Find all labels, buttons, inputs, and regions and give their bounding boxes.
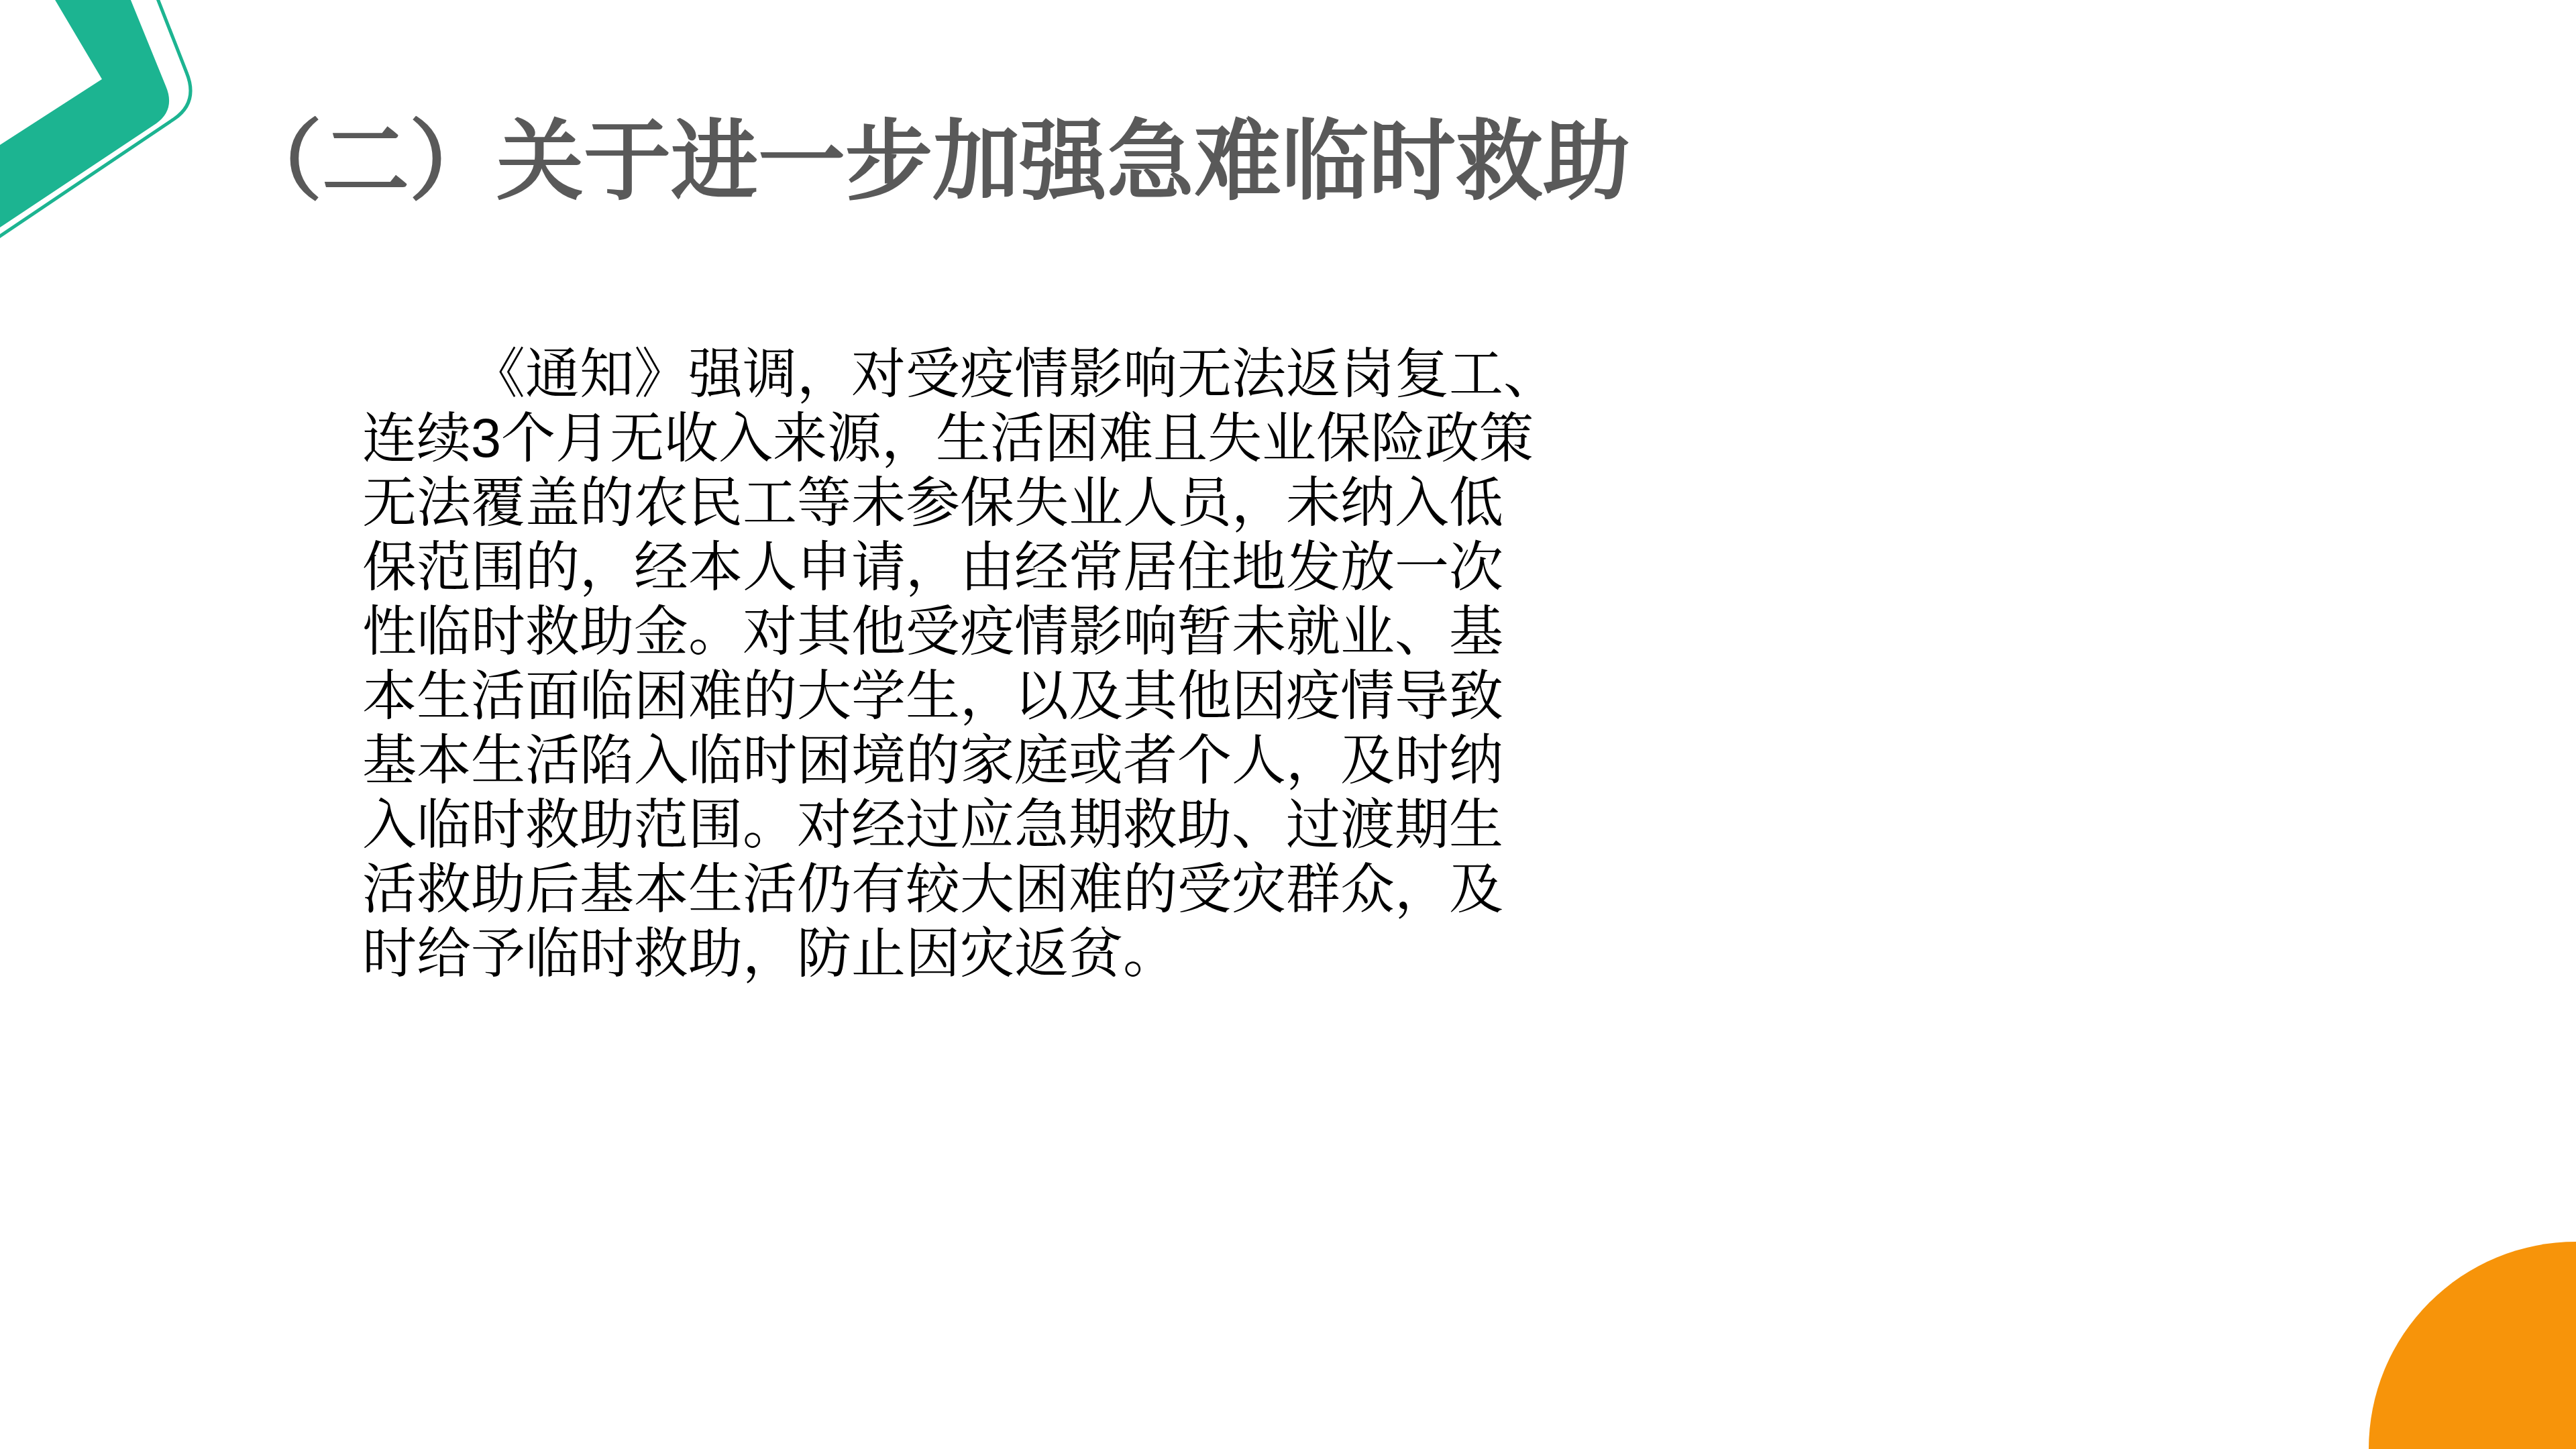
body-text-line: 基本生活陷入临时困境的家庭或者个人，及时纳 (362, 729, 1576, 793)
body-text-line: 连续3个月无收入来源，生活困难且失业保险政策 (362, 407, 1576, 471)
body-text-line: 《通知》强调，对受疫情影响无法返岗复工、 (362, 342, 1576, 407)
body-text-line: 本生活面临困难的大学生，以及其他因疫情导致 (362, 664, 1576, 729)
body-text-line: 活救助后基本生活仍有较大困难的受灾群众，及 (362, 857, 1576, 922)
body-text-line: 时给予临时救助，防止因灾返贫。 (362, 922, 1576, 986)
body-text-line: 性临时救助金。对其他受疫情影响暂未就业、基 (362, 600, 1576, 664)
body-text-line: 保范围的，经本人申请，由经常居住地发放一次 (362, 535, 1576, 600)
body-text-line: 无法覆盖的农民工等未参保失业人员，未纳入低 (362, 471, 1576, 535)
body-text-block: 《通知》强调，对受疫情影响无法返岗复工、 连续3个月无收入来源，生活困难且失业保… (362, 342, 1576, 986)
slide-canvas: （二）关于进一步加强急难临时救助 《通知》强调，对受疫情影响无法返岗复工、 连续… (0, 0, 2576, 1449)
slide-title: （二）关于进一步加强急难临时救助 (235, 115, 1630, 207)
quarter-circle-decoration (2369, 1242, 2576, 1449)
chevron-band-shape (0, 0, 169, 227)
body-text-line: 入临时救助范围。对经过应急期救助、过渡期生 (362, 793, 1576, 857)
